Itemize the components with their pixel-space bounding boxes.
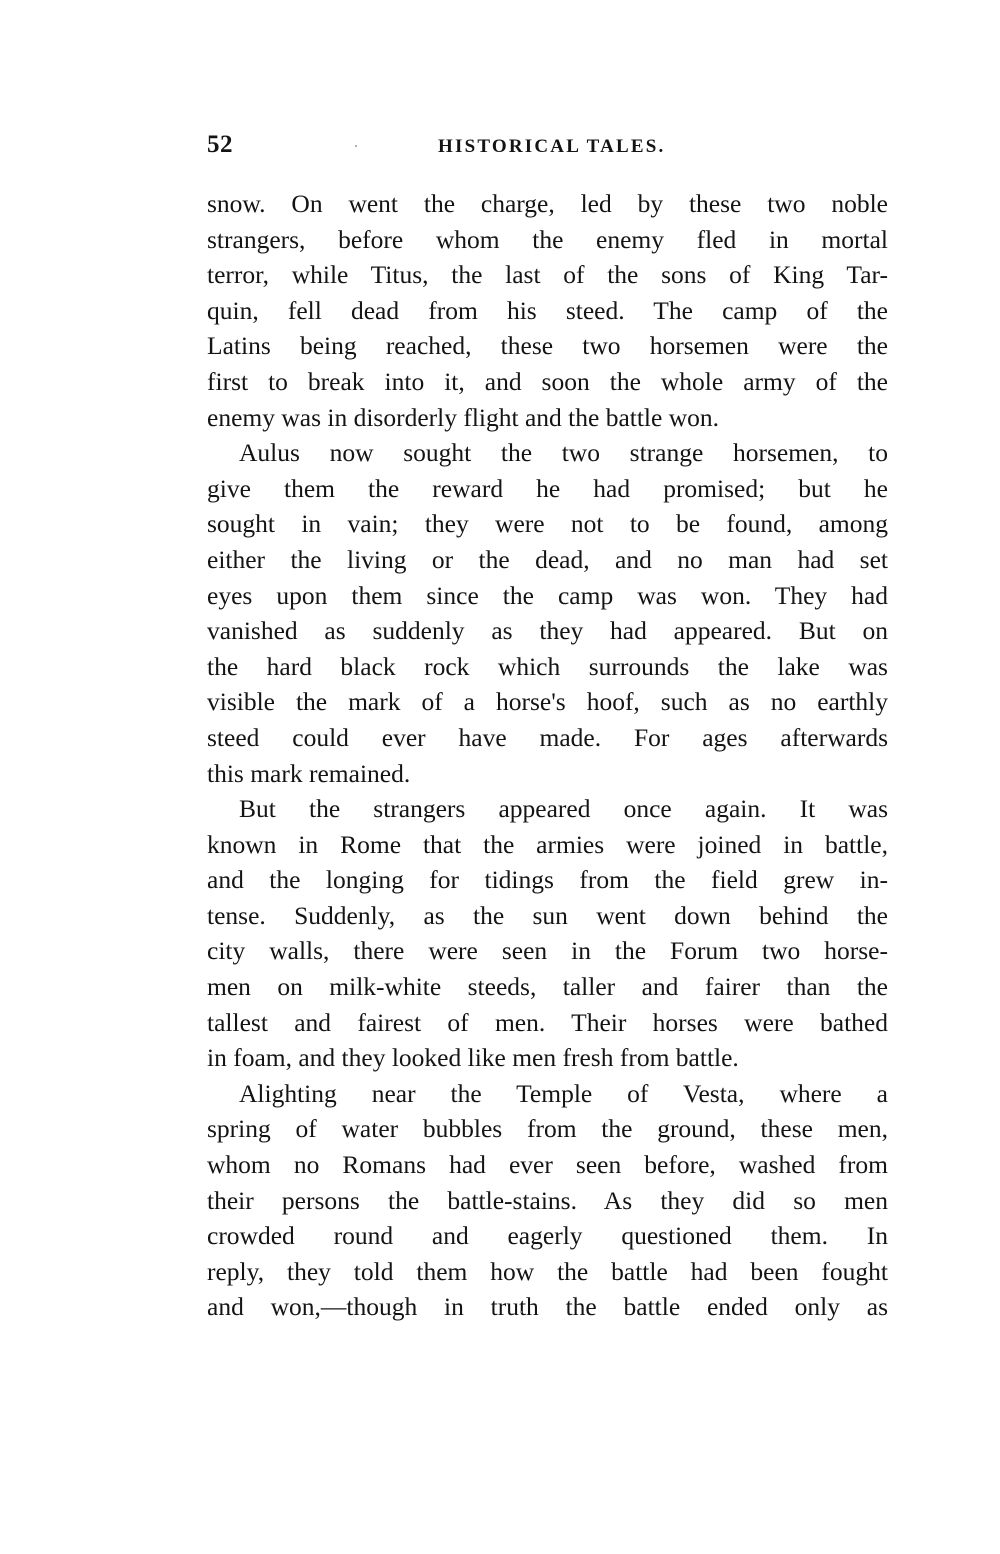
text-line: whom no Romans had ever seen before, was… [207,1147,888,1183]
text-line: tallest and fairest of men. Their horses… [207,1005,888,1041]
text-line: and won,—though in truth the battle ende… [207,1289,888,1325]
text-line: sought in vain; they were not to be foun… [207,506,888,542]
text-line: But the strangers appeared once again. I… [207,791,888,827]
text-line: crowded round and eagerly questioned the… [207,1218,888,1254]
scan-speck [520,1311,522,1313]
text-line: and the longing for tidings from the fie… [207,862,888,898]
body-text: snow. On went the charge, led by these t… [207,186,888,1325]
text-line: tense. Suddenly, as the sun went down be… [207,898,888,934]
text-line: Latins being reached, these two horsemen… [207,328,888,364]
scan-speck [355,145,357,147]
text-line: this mark remained. [207,756,888,792]
text-line: city walls, there were seen in the Forum… [207,933,888,969]
paragraph-1: snow. On went the charge, led by these t… [207,186,888,435]
text-line: steed could ever have made. For ages aft… [207,720,888,756]
text-line: men on milk-white steeds, taller and fai… [207,969,888,1005]
text-line: first to break into it, and soon the who… [207,364,888,400]
text-line: enemy was in disorderly flight and the b… [207,400,888,436]
text-line: the hard black rock which surrounds the … [207,649,888,685]
text-line: their persons the battle-stains. As they… [207,1183,888,1219]
text-line: known in Rome that the armies were joine… [207,827,888,863]
text-line: spring of water bubbles from the ground,… [207,1111,888,1147]
text-line: strangers, before whom the enemy fled in… [207,222,888,258]
text-line: vanished as suddenly as they had appeare… [207,613,888,649]
text-line: either the living or the dead, and no ma… [207,542,888,578]
text-line: terror, while Titus, the last of the son… [207,257,888,293]
text-line: snow. On went the charge, led by these t… [207,186,888,222]
paragraph-3: But the strangers appeared once again. I… [207,791,888,1076]
text-line: Alighting near the Temple of Vesta, wher… [207,1076,888,1112]
paragraph-2: Aulus now sought the two strange horseme… [207,435,888,791]
text-line: give them the reward he had promised; bu… [207,471,888,507]
running-title: HISTORICAL TALES. [438,130,665,164]
book-page: 52 HISTORICAL TALES. snow. On went the c… [0,0,1000,1554]
text-line: Aulus now sought the two strange horseme… [207,435,888,471]
page-number: 52 [207,128,233,162]
text-line: visible the mark of a horse's hoof, such… [207,684,888,720]
text-line: in foam, and they looked like men fresh … [207,1040,888,1076]
text-line: eyes upon them since the camp was won. T… [207,578,888,614]
paragraph-4: Alighting near the Temple of Vesta, wher… [207,1076,888,1325]
text-line: reply, they told them how the battle had… [207,1254,888,1290]
text-line: quin, fell dead from his steed. The camp… [207,293,888,329]
running-head: 52 HISTORICAL TALES. [207,128,888,162]
